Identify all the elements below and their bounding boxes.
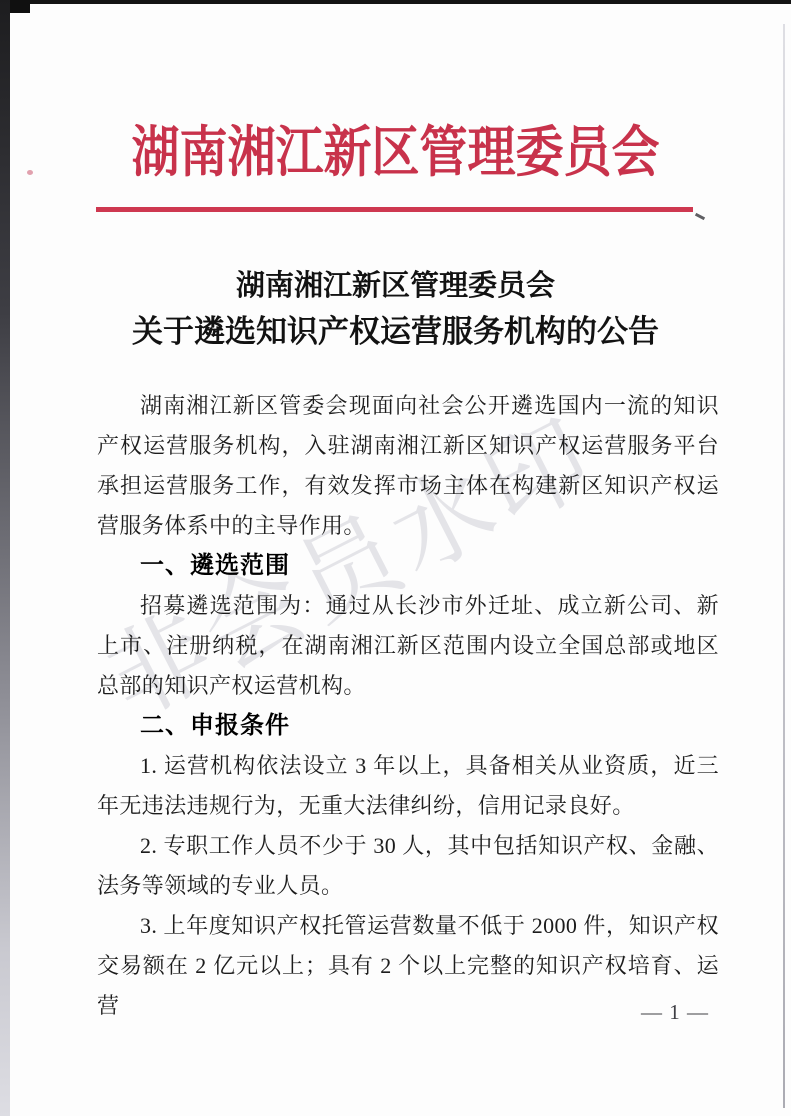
body-paragraph: 2. 专职工作人员不少于 30 人，其中包括知识产权、金融、法务等领域的专业人员… (97, 826, 719, 906)
section-heading: 二、申报条件 (97, 706, 719, 746)
scan-stray-mark (695, 213, 705, 220)
scan-ink-speck (27, 170, 33, 175)
body-paragraph: 1. 运营机构依法设立 3 年以上，具备相关从业资质，近三年无违法违规行为，无重… (97, 746, 719, 826)
scan-edge-top (0, 0, 791, 4)
body-paragraph: 湖南湘江新区管委会现面向社会公开遴选国内一流的知识产权运营服务机构，入驻湖南湘江… (97, 386, 719, 546)
letterhead-divider (96, 207, 693, 212)
document-page: 非会员水印 湖南湘江新区管理委员会 湖南湘江新区管理委员会 关于遴选知识产权运营… (0, 0, 791, 1116)
page-number: — 1 — (600, 1000, 750, 1024)
scan-edge-right (783, 24, 785, 1108)
section-heading: 一、遴选范围 (97, 546, 719, 586)
document-title-line2: 关于遴选知识产权运营服务机构的公告 (0, 308, 791, 356)
document-title-line1: 湖南湘江新区管理委员会 (0, 264, 791, 308)
document-body: 湖南湘江新区管委会现面向社会公开遴选国内一流的知识产权运营服务机构，入驻湖南湘江… (97, 386, 719, 1026)
body-paragraph: 招募遴选范围为：通过从长沙市外迁址、成立新公司、新上市、注册纳税，在湖南湘江新区… (97, 586, 719, 706)
scan-edge-left (0, 0, 10, 1116)
document-title: 湖南湘江新区管理委员会 关于遴选知识产权运营服务机构的公告 (0, 264, 791, 356)
letterhead-title: 湖南湘江新区管理委员会 (0, 124, 791, 184)
